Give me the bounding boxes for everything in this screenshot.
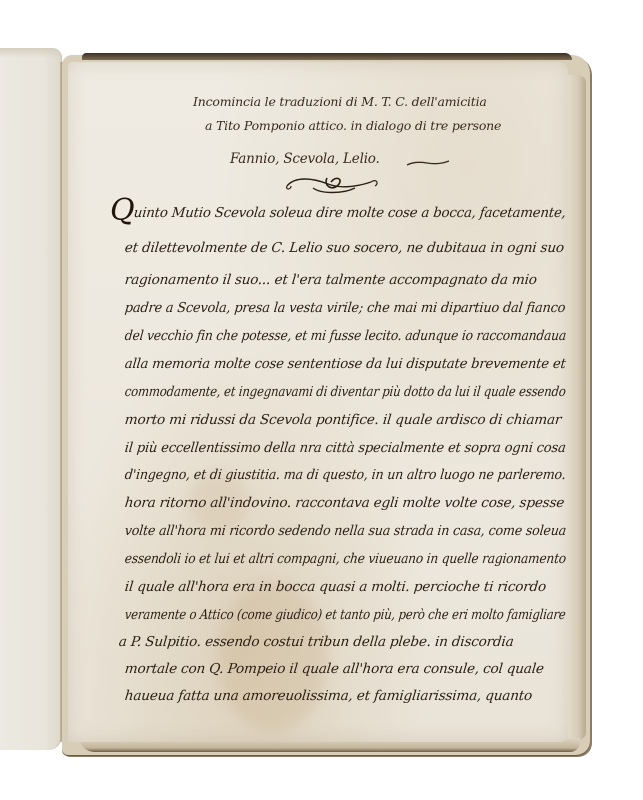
body-line-8: morto mi ridussi da Scevola pontifice. i… bbox=[124, 412, 562, 428]
heading-speakers: Fannio, Scevola, Lelio. bbox=[230, 151, 380, 167]
body-line-14: il quale all'hora era in bocca quasi a m… bbox=[124, 579, 547, 595]
page-fore-edge bbox=[568, 75, 586, 740]
water-stain bbox=[218, 582, 328, 732]
body-line-17: mortale con Q. Pompeio il quale all'hora… bbox=[124, 661, 545, 677]
body-line-9: il più eccellentissimo della nra città s… bbox=[124, 440, 567, 456]
body-line-7: commodamente, et ingegnavami di diventar… bbox=[124, 384, 567, 400]
heading-line-1: Incomincia le traduzioni di M. T. C. del… bbox=[193, 94, 487, 109]
body-line-12: volte all'hora mi ricordo sedendo nella … bbox=[124, 523, 567, 539]
drop-initial: Q bbox=[110, 196, 135, 226]
body-line-13: essendoli io et lui et altri compagni, c… bbox=[124, 551, 567, 567]
body-line-3: ragionamento il suo... et l'era talmente… bbox=[124, 272, 538, 288]
body-line-4: padre a Scevola, presa la vesta virile; … bbox=[124, 300, 566, 316]
body-line-11: hora ritorno all'indovino. raccontava eg… bbox=[124, 495, 565, 511]
ornament-flourish-icon bbox=[283, 172, 383, 198]
heading-line-2: a Tito Pomponio attico. in dialogo di tr… bbox=[205, 118, 501, 133]
left-page-leaf bbox=[0, 48, 62, 750]
body-line-6: alla memoria molte cose sententiose da l… bbox=[124, 356, 566, 372]
body-line-15: veramente o Attico (come giudico) et tan… bbox=[124, 607, 566, 623]
body-line-10: d'ingegno, et di giustitia. ma di questo… bbox=[124, 467, 566, 483]
body-line-2: et dilettevolmente de C. Lelio suo socer… bbox=[124, 240, 565, 256]
body-line-1: uinto Mutio Scevola soleua dire molte co… bbox=[133, 205, 567, 221]
body-line-5: del vecchio fin che potesse, et mi fusse… bbox=[124, 328, 567, 344]
dash-flourish-icon bbox=[405, 158, 451, 168]
body-line-18: haueua fatta una amoreuolissima, et fami… bbox=[124, 688, 533, 704]
body-line-16: a P. Sulpitio. essendo costui tribun del… bbox=[118, 634, 514, 650]
manuscript-photo: Incomincia le traduzioni di M. T. C. del… bbox=[0, 0, 643, 800]
